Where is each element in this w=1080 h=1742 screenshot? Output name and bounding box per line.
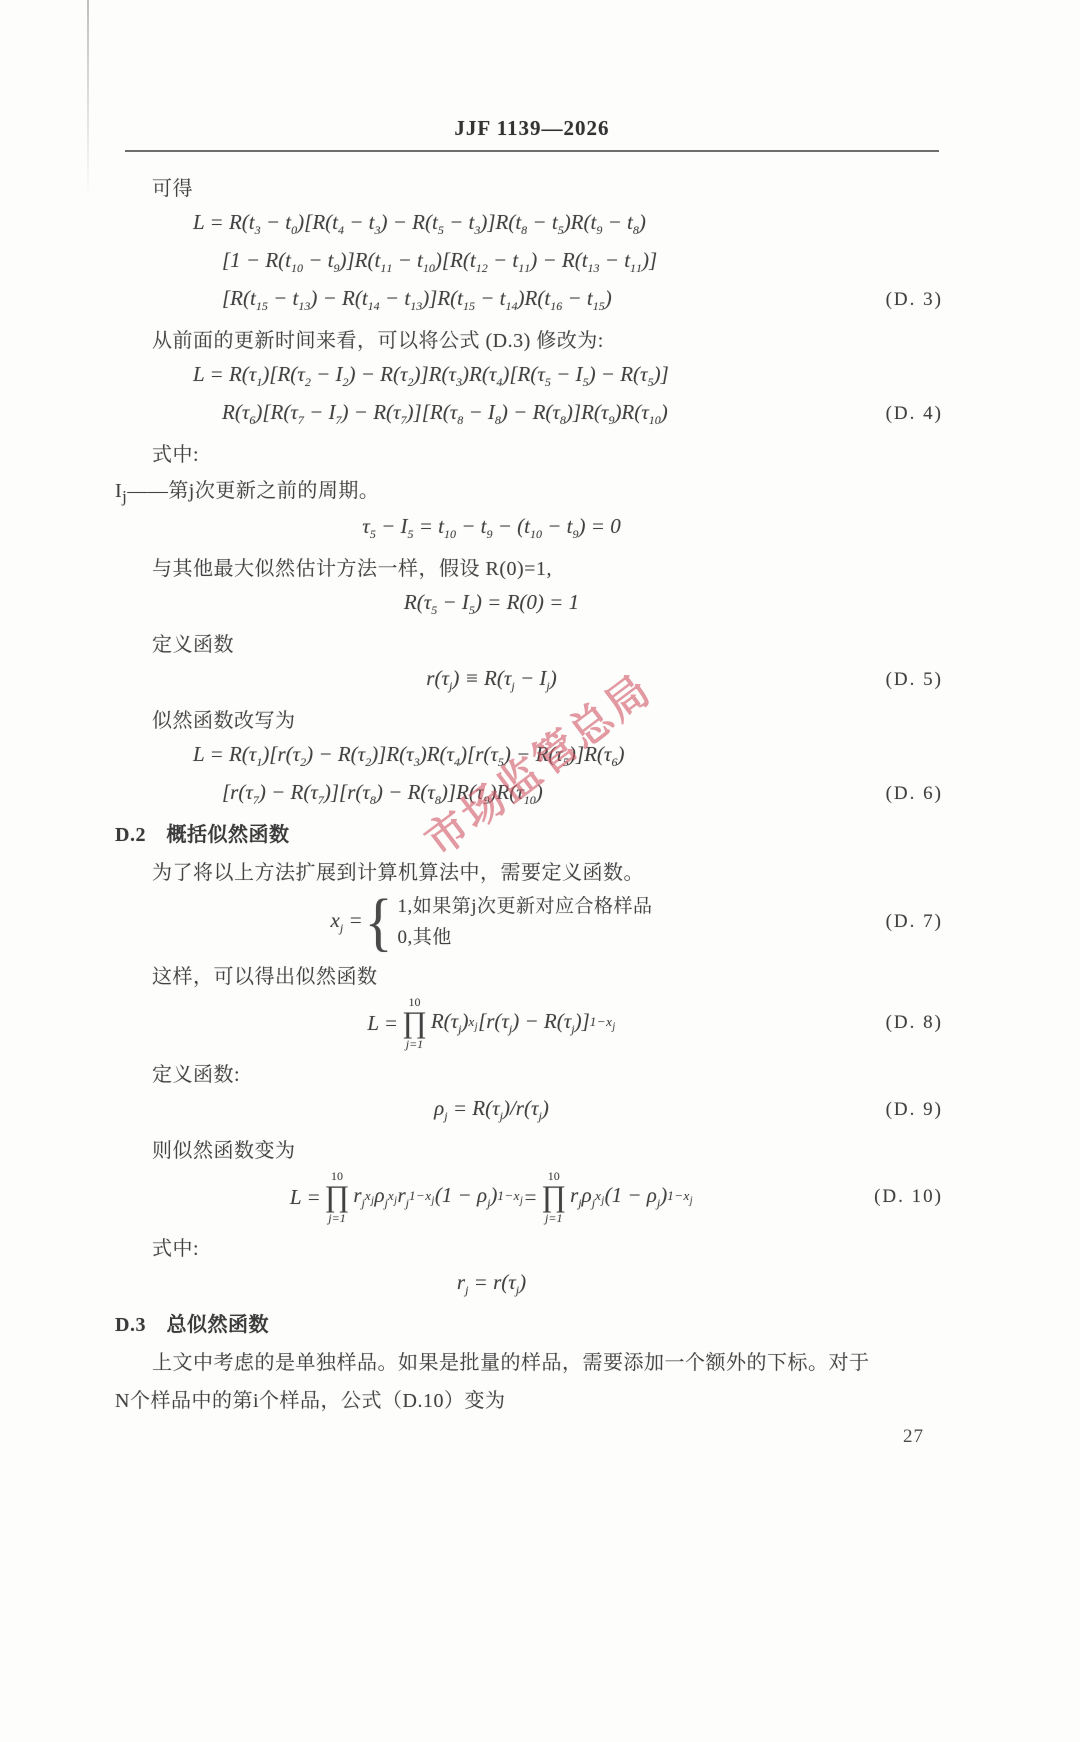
formula-number-label: (D. 7) <box>886 911 943 933</box>
math-run: xj = <box>331 908 363 936</box>
paragraph: 上文中考虑的是单独样品。如果是批量的样品，需要添加一个额外的下标。对于 <box>115 1341 943 1379</box>
formula-line: ρj = R(τj)/r(τj)(D. 9) <box>115 1091 943 1129</box>
subscript: 2 <box>305 375 311 389</box>
formula-line: [r(τ7) − R(τ7)][r(τ8) − R(τ8)]R(τ9)R(τ10… <box>115 775 943 813</box>
math-run: rj <box>397 1183 409 1211</box>
math-run: τ5 − I5 = t10 − t9 − (t10 − t9) = 0 <box>362 514 620 542</box>
paragraph-text: 与其他最大似然估计方法一样，假设 R(0)=1, <box>152 552 552 581</box>
subscript: j <box>657 1196 660 1210</box>
paragraph-text: 可得 <box>152 172 193 201</box>
formula-number-label: (D. 10) <box>874 1186 943 1208</box>
formula-number-label: (D. 9) <box>886 1099 943 1121</box>
subscript: 9 <box>573 527 579 541</box>
subscript: 5 <box>407 527 413 541</box>
cases-group: {1,如果第j次更新对应合格样品0,其他 <box>365 891 653 953</box>
subscript: 1 <box>256 375 262 389</box>
subscript: 8 <box>521 223 527 237</box>
subscript: 4 <box>496 375 502 389</box>
cases-lines: 1,如果第j次更新对应合格样品0,其他 <box>397 891 652 953</box>
header-rule <box>125 150 939 152</box>
math-run: [1 − R(t10 − t9)]R(t11 − t10)[R(t12 − t1… <box>222 248 657 276</box>
document-page: JJF 1139—2026 可得L = R(t3 − t0)[R(t4 − t3… <box>0 0 1080 1742</box>
paragraph: 似然函数改写为 <box>115 699 943 737</box>
subscript: 2 <box>300 755 306 769</box>
subscript: 6 <box>556 299 562 313</box>
product-operator: 10∏j=1 <box>325 1170 350 1224</box>
subscript: 0 <box>429 261 435 275</box>
formula-line: [1 − R(t10 − t9)]R(t11 − t10)[R(t12 − t1… <box>115 243 943 281</box>
subscript: 0 <box>297 261 303 275</box>
subscript: 3 <box>456 375 462 389</box>
subscript: j <box>449 679 452 693</box>
paragraph-text: 为了将以上方法扩展到计算机算法中，需要定义函数。 <box>152 856 644 885</box>
math-superscript: 1−xj <box>497 1188 523 1207</box>
math-superscript: 1−xj <box>409 1188 435 1207</box>
heading-text: D.2 概括似然函数 <box>115 818 289 847</box>
paragraph: N个样品中的第i个样品，公式（D.10）变为 <box>115 1379 943 1417</box>
subscript: j <box>571 1022 574 1036</box>
product-symbol: ∏ <box>325 1182 350 1212</box>
formula-line: L = 10∏j=1rjxjρjxjrj1−xj(1 − ρj)1−xj = 1… <box>115 1167 943 1227</box>
section-heading: D.3 总似然函数 <box>115 1303 943 1341</box>
paragraph-text: 上文中考虑的是单独样品。如果是批量的样品，需要添加一个额外的下标。对于 <box>152 1346 870 1375</box>
subscript: j <box>538 1109 541 1123</box>
subscript: 7 <box>401 413 407 427</box>
math-run: R(τ6)[R(τ7 − I7) − R(τ7)][R(τ8 − I8) − R… <box>222 400 668 428</box>
math-run: [r(τ7) − R(τ7)][r(τ8) − R(τ8)]R(τ9)R(τ10… <box>222 780 543 808</box>
formula-number-label: (D. 6) <box>886 783 943 805</box>
product-symbol: ∏ <box>402 1008 427 1038</box>
formula-line: L = R(t3 − t0)[R(t4 − t3) − R(t5 − t3)]R… <box>115 205 943 243</box>
subscript: 9 <box>596 223 602 237</box>
paragraph: 则似然函数变为 <box>115 1129 943 1167</box>
math-run: rj = r(τj) <box>457 1270 526 1298</box>
subscript: 5 <box>469 603 475 617</box>
page-number: 27 <box>903 1426 924 1448</box>
subscript: 2 <box>343 375 349 389</box>
left-brace: { <box>365 890 393 955</box>
product-lower-limit: j=1 <box>406 1038 423 1050</box>
paragraph-text: 定义函数 <box>152 628 234 657</box>
subscript: 8 <box>435 793 441 807</box>
paragraph: Ij——第j次更新之前的周期。 <box>115 471 943 509</box>
math-run: (1 − ρj) <box>605 1183 668 1211</box>
subscript: 6 <box>249 413 255 427</box>
subscript: 0 <box>291 223 297 237</box>
formula-number-label: (D. 8) <box>886 1012 943 1034</box>
subscript: 0 <box>530 793 536 807</box>
subscript: j <box>509 1022 512 1036</box>
formula-number-label: (D. 5) <box>886 669 943 691</box>
scan-edge-artifact <box>87 0 89 200</box>
subscript: 5 <box>563 755 569 769</box>
content: 可得L = R(t3 − t0)[R(t4 − t3) − R(t5 − t3)… <box>115 167 943 1417</box>
subscript: 5 <box>469 299 475 313</box>
math-run: L = R(τ1)[r(τ2) − R(τ2)]R(τ3)R(τ4)[r(τ5)… <box>193 742 624 770</box>
math-run: [R(t15 − t13) − R(t14 − t13)]R(t15 − t14… <box>222 286 612 314</box>
subscript: 4 <box>374 299 380 313</box>
subscript: 7 <box>318 793 324 807</box>
subscript: j <box>458 1022 461 1036</box>
formula-line: R(τ6)[R(τ7 − I7) − R(τ7)][R(τ8 − I8) − R… <box>115 395 943 433</box>
subscript: j <box>444 1109 447 1123</box>
subscript: 9 <box>608 413 614 427</box>
paragraph: 可得 <box>115 167 943 205</box>
subscript: 5 <box>599 299 605 313</box>
subscript: 5 <box>545 375 551 389</box>
product-operator: 10∏j=1 <box>541 1170 566 1224</box>
subscript: 8 <box>495 413 501 427</box>
subscript: 6 <box>611 755 617 769</box>
math-superscript: xj <box>469 1014 479 1033</box>
formula-line: rj = r(τj) <box>115 1265 943 1303</box>
cases-line: 0,其他 <box>397 922 451 953</box>
subscript: j <box>122 487 127 506</box>
paragraph-text: 这样，可以得出似然函数 <box>152 960 378 989</box>
math-superscript: 1−xj <box>590 1014 616 1033</box>
subscript: 2 <box>482 261 488 275</box>
product-lower-limit: j=1 <box>328 1212 345 1224</box>
paragraph: 从前面的更新时间来看，可以将公式 (D.3) 修改为: <box>115 319 943 357</box>
paragraph: 式中: <box>115 433 943 471</box>
formula-line: L = R(τ1)[R(τ2 − I2) − R(τ2)]R(τ3)R(τ4)[… <box>115 357 943 395</box>
subscript: 5 <box>370 527 376 541</box>
subscript: 2 <box>365 755 371 769</box>
subscript: 9 <box>483 793 489 807</box>
subscript: 9 <box>487 527 493 541</box>
subscript: 9 <box>334 261 340 275</box>
subscript: j <box>340 921 343 935</box>
subscript: 1 <box>386 261 392 275</box>
subscript: 1 <box>256 755 262 769</box>
product-lower-limit: j=1 <box>545 1212 562 1224</box>
paragraph-text: N个样品中的第i个样品，公式（D.10）变为 <box>115 1384 505 1413</box>
subscript: 4 <box>454 755 460 769</box>
math-run: R(τj) <box>431 1009 469 1037</box>
formula-line: L = 10∏j=1R(τj)xj[r(τj) − R(τj)]1−xj(D. … <box>115 993 943 1053</box>
math-run: rj <box>353 1183 365 1211</box>
math-run: ρj = R(τj)/r(τj) <box>434 1096 549 1124</box>
subscript: 7 <box>253 793 259 807</box>
formula-number-label: (D. 4) <box>886 403 943 425</box>
subscript: 8 <box>633 223 639 237</box>
subscript: 3 <box>474 223 480 237</box>
subscript: 7 <box>336 413 342 427</box>
paragraph-text: 式中: <box>152 1232 199 1261</box>
page-header: JJF 1139—2026 <box>125 116 939 141</box>
heading-text: D.3 总似然函数 <box>115 1308 269 1337</box>
product-operator: 10∏j=1 <box>402 996 427 1050</box>
formula-line: r(τj) ≡ R(τj − Ij)(D. 5) <box>115 661 943 699</box>
subscript: 0 <box>655 413 661 427</box>
subscript: 2 <box>408 375 414 389</box>
formula-line: xj = {1,如果第j次更新对应合格样品0,其他(D. 7) <box>115 889 943 955</box>
product-symbol: ∏ <box>541 1182 566 1212</box>
section-heading: D.2 概括似然函数 <box>115 813 943 851</box>
subscript: 3 <box>304 299 310 313</box>
subscript: 5 <box>648 375 654 389</box>
math-run: L = <box>290 1185 321 1210</box>
paragraph-text: 则似然函数变为 <box>152 1134 296 1163</box>
subscript: 3 <box>414 755 420 769</box>
subscript: 1 <box>524 261 530 275</box>
formula-line: L = R(τ1)[r(τ2) − R(τ2)]R(τ3)R(τ4)[r(τ5)… <box>115 737 943 775</box>
subscript: 5 <box>498 755 504 769</box>
subscript: 1 <box>636 261 642 275</box>
math-run: = <box>523 1185 537 1210</box>
formula-line: R(τ5 − I5) = R(0) = 1 <box>115 585 943 623</box>
subscript: j <box>690 1195 693 1206</box>
formula-number-label: (D. 3) <box>886 289 943 311</box>
paragraph: 式中: <box>115 1227 943 1265</box>
subscript: j <box>500 1109 503 1123</box>
math-run: L = R(τ1)[R(τ2 − I2) − R(τ2)]R(τ3)R(τ4)[… <box>193 362 669 390</box>
subscript: 5 <box>438 223 444 237</box>
math-run: R(τ5 − I5) = R(0) = 1 <box>404 590 579 618</box>
subscript: 3 <box>594 261 600 275</box>
math-run: L = <box>367 1011 398 1036</box>
subscript: 8 <box>457 413 463 427</box>
subscript: 7 <box>298 413 304 427</box>
subscript: j <box>511 679 514 693</box>
subscript: j <box>465 1283 468 1297</box>
paragraph: 定义函数: <box>115 1053 943 1091</box>
math-run: rjρj <box>570 1183 595 1211</box>
subscript: 3 <box>416 299 422 313</box>
paragraph: 这样，可以得出似然函数 <box>115 955 943 993</box>
subscript: 0 <box>450 527 456 541</box>
subscript: 4 <box>338 223 344 237</box>
subscript: 8 <box>560 413 566 427</box>
subscript: 4 <box>512 299 518 313</box>
subscript: j <box>546 679 549 693</box>
math-superscript: 1−xj <box>667 1188 693 1207</box>
cases-line: 1,如果第j次更新对应合格样品 <box>397 891 652 922</box>
paragraph-text: 从前面的更新时间来看，可以将公式 (D.3) 修改为: <box>152 324 604 353</box>
math-run: r(τj) ≡ R(τj − Ij) <box>426 666 556 694</box>
paragraph: 为了将以上方法扩展到计算机算法中，需要定义函数。 <box>115 851 943 889</box>
paragraph: 与其他最大似然估计方法一样，假设 R(0)=1, <box>115 547 943 585</box>
subscript: j <box>578 1196 581 1210</box>
paragraph-text: 式中: <box>152 438 199 467</box>
subscript: 0 <box>536 527 542 541</box>
math-run: (1 − ρj) <box>435 1183 498 1211</box>
math-superscript: xj <box>595 1188 605 1207</box>
paragraph-text: Ij——第j次更新之前的周期。 <box>115 474 379 507</box>
math-run: ρj <box>374 1183 387 1211</box>
subscript: j <box>487 1196 490 1210</box>
paragraph: 定义函数 <box>115 623 943 661</box>
subscript: 5 <box>558 223 564 237</box>
math-run: [r(τj) − R(τj)] <box>478 1009 590 1037</box>
paragraph-text: 似然函数改写为 <box>152 704 296 733</box>
formula-line: [R(t15 − t13) − R(t14 − t13)]R(t15 − t14… <box>115 281 943 319</box>
paragraph-text: 定义函数: <box>152 1058 240 1087</box>
subscript: j <box>612 1021 615 1032</box>
subscript: j <box>516 1283 519 1297</box>
math-run: L = R(t3 − t0)[R(t4 − t3) − R(t5 − t3)]R… <box>193 210 646 238</box>
formula-line: τ5 − I5 = t10 − t9 − (t10 − t9) = 0 <box>115 509 943 547</box>
subscript: 5 <box>262 299 268 313</box>
subscript: 8 <box>370 793 376 807</box>
subscript: 3 <box>375 223 381 237</box>
subscript: 5 <box>431 603 437 617</box>
subscript: 3 <box>255 223 261 237</box>
subscript: 5 <box>583 375 589 389</box>
